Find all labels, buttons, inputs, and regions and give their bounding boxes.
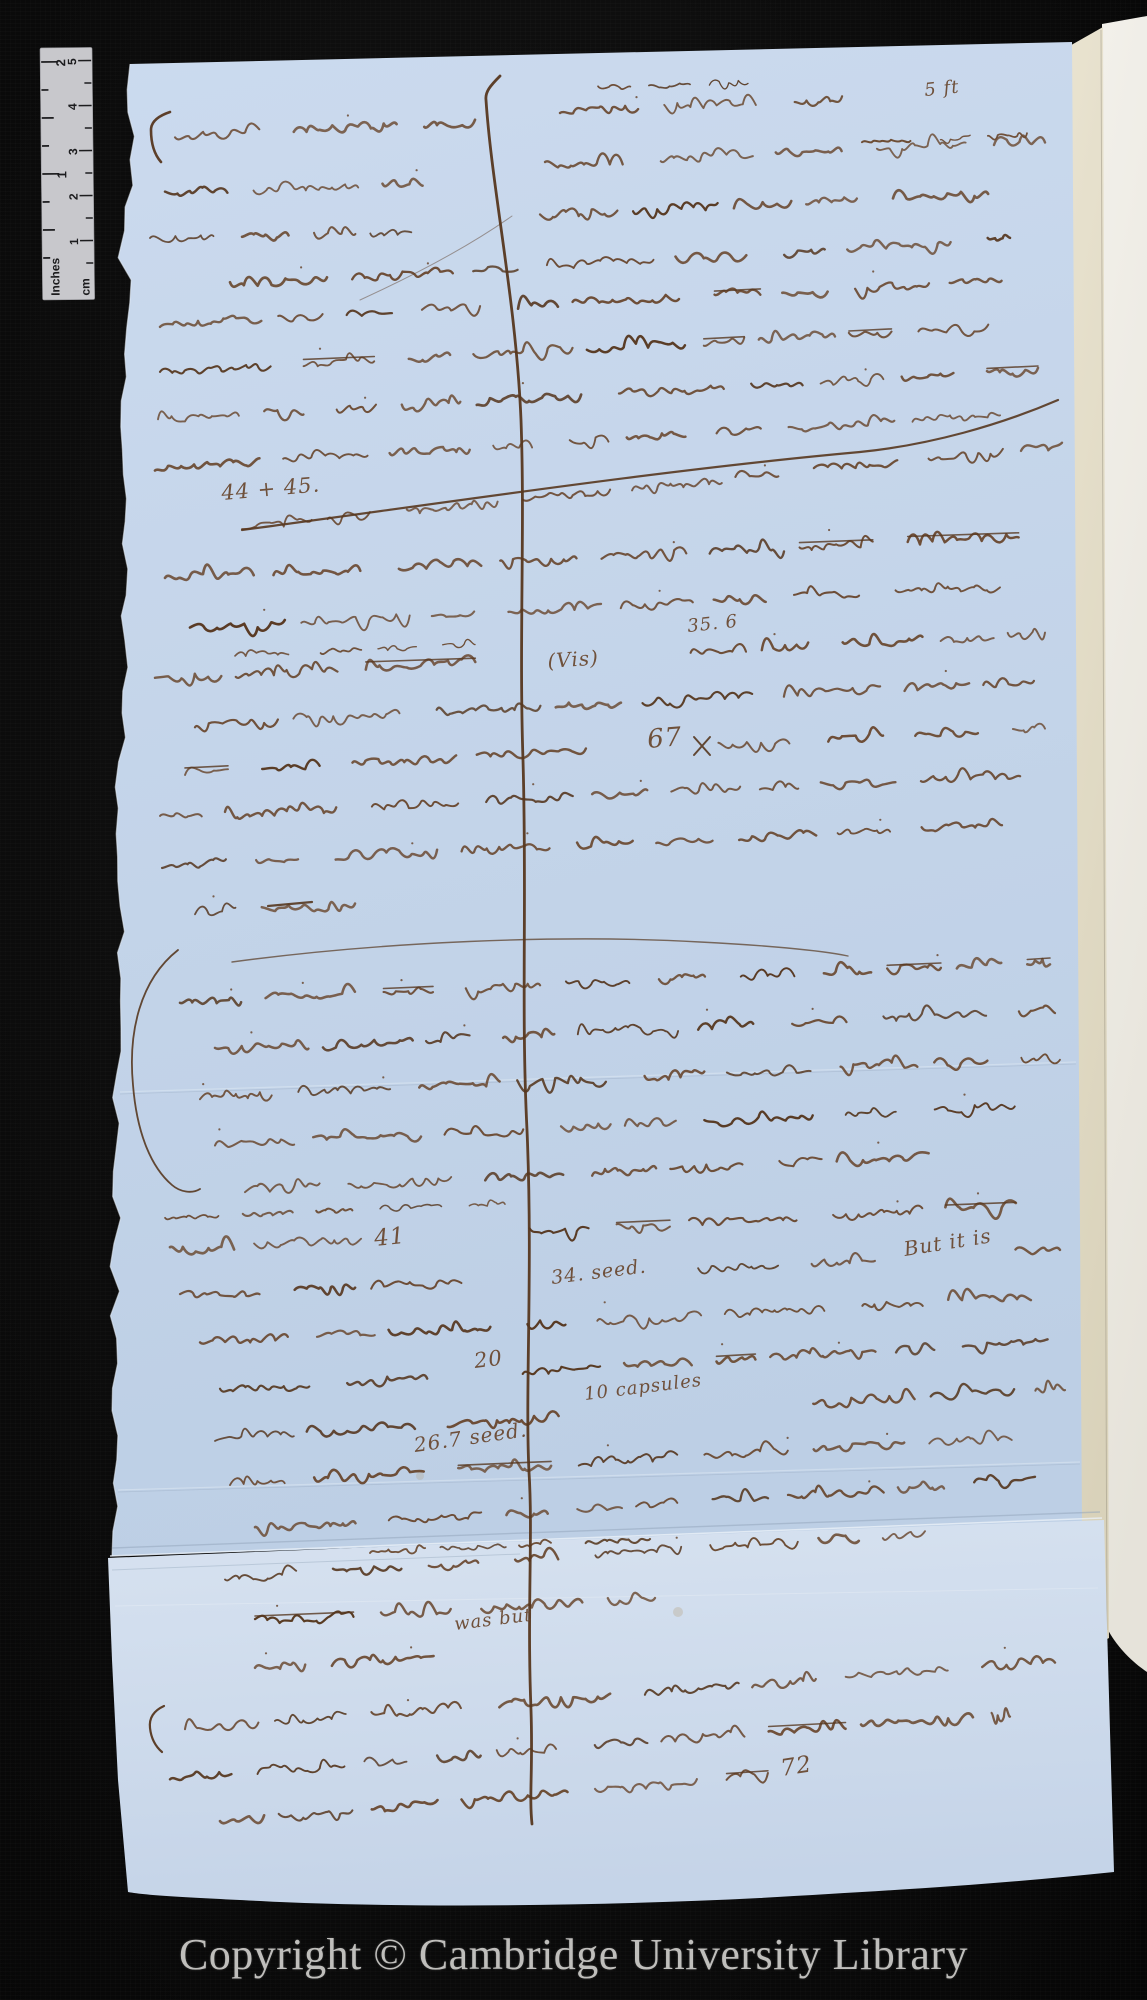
- handwriting-fragment: 41: [372, 1223, 407, 1252]
- ruler-cm-label: 5: [65, 58, 79, 65]
- ruler-cm-label: 3: [66, 148, 80, 155]
- ruler-unit-inches-label: Inches: [48, 257, 62, 295]
- ruler-inch-label: 1: [54, 171, 69, 178]
- copyright-notice: Copyright © Cambridge University Library: [0, 1916, 1147, 1994]
- paper-stain: [416, 1472, 424, 1480]
- manuscript-photograph: 5 ft44 + 45.(Vis)35. 6674134. seed.But i…: [0, 0, 1147, 2000]
- ruler-cm-label: 2: [67, 193, 81, 200]
- handwriting-fragment: 67: [646, 722, 684, 755]
- measurement-ruler: 1212345Inchescm: [40, 47, 95, 300]
- handwriting-fragment: 5 ft: [923, 76, 960, 101]
- manuscript-artwork: 5 ft44 + 45.(Vis)35. 6674134. seed.But i…: [0, 0, 1147, 2000]
- handwriting-fragment: (Vis): [547, 645, 600, 673]
- book-page-edge-white: [1102, 16, 1147, 1672]
- paper-stain: [673, 1607, 683, 1617]
- handwriting-fragment: 20: [472, 1346, 504, 1373]
- second-blue-sheet: [108, 1520, 1114, 1905]
- ruler-cm-label: 1: [67, 238, 81, 245]
- main-blue-sheet: [110, 42, 1082, 1556]
- handwriting-fragment: 72: [779, 1751, 814, 1782]
- ruler-cm-label: 4: [66, 103, 80, 110]
- ruler-unit-cm-label: cm: [78, 278, 92, 295]
